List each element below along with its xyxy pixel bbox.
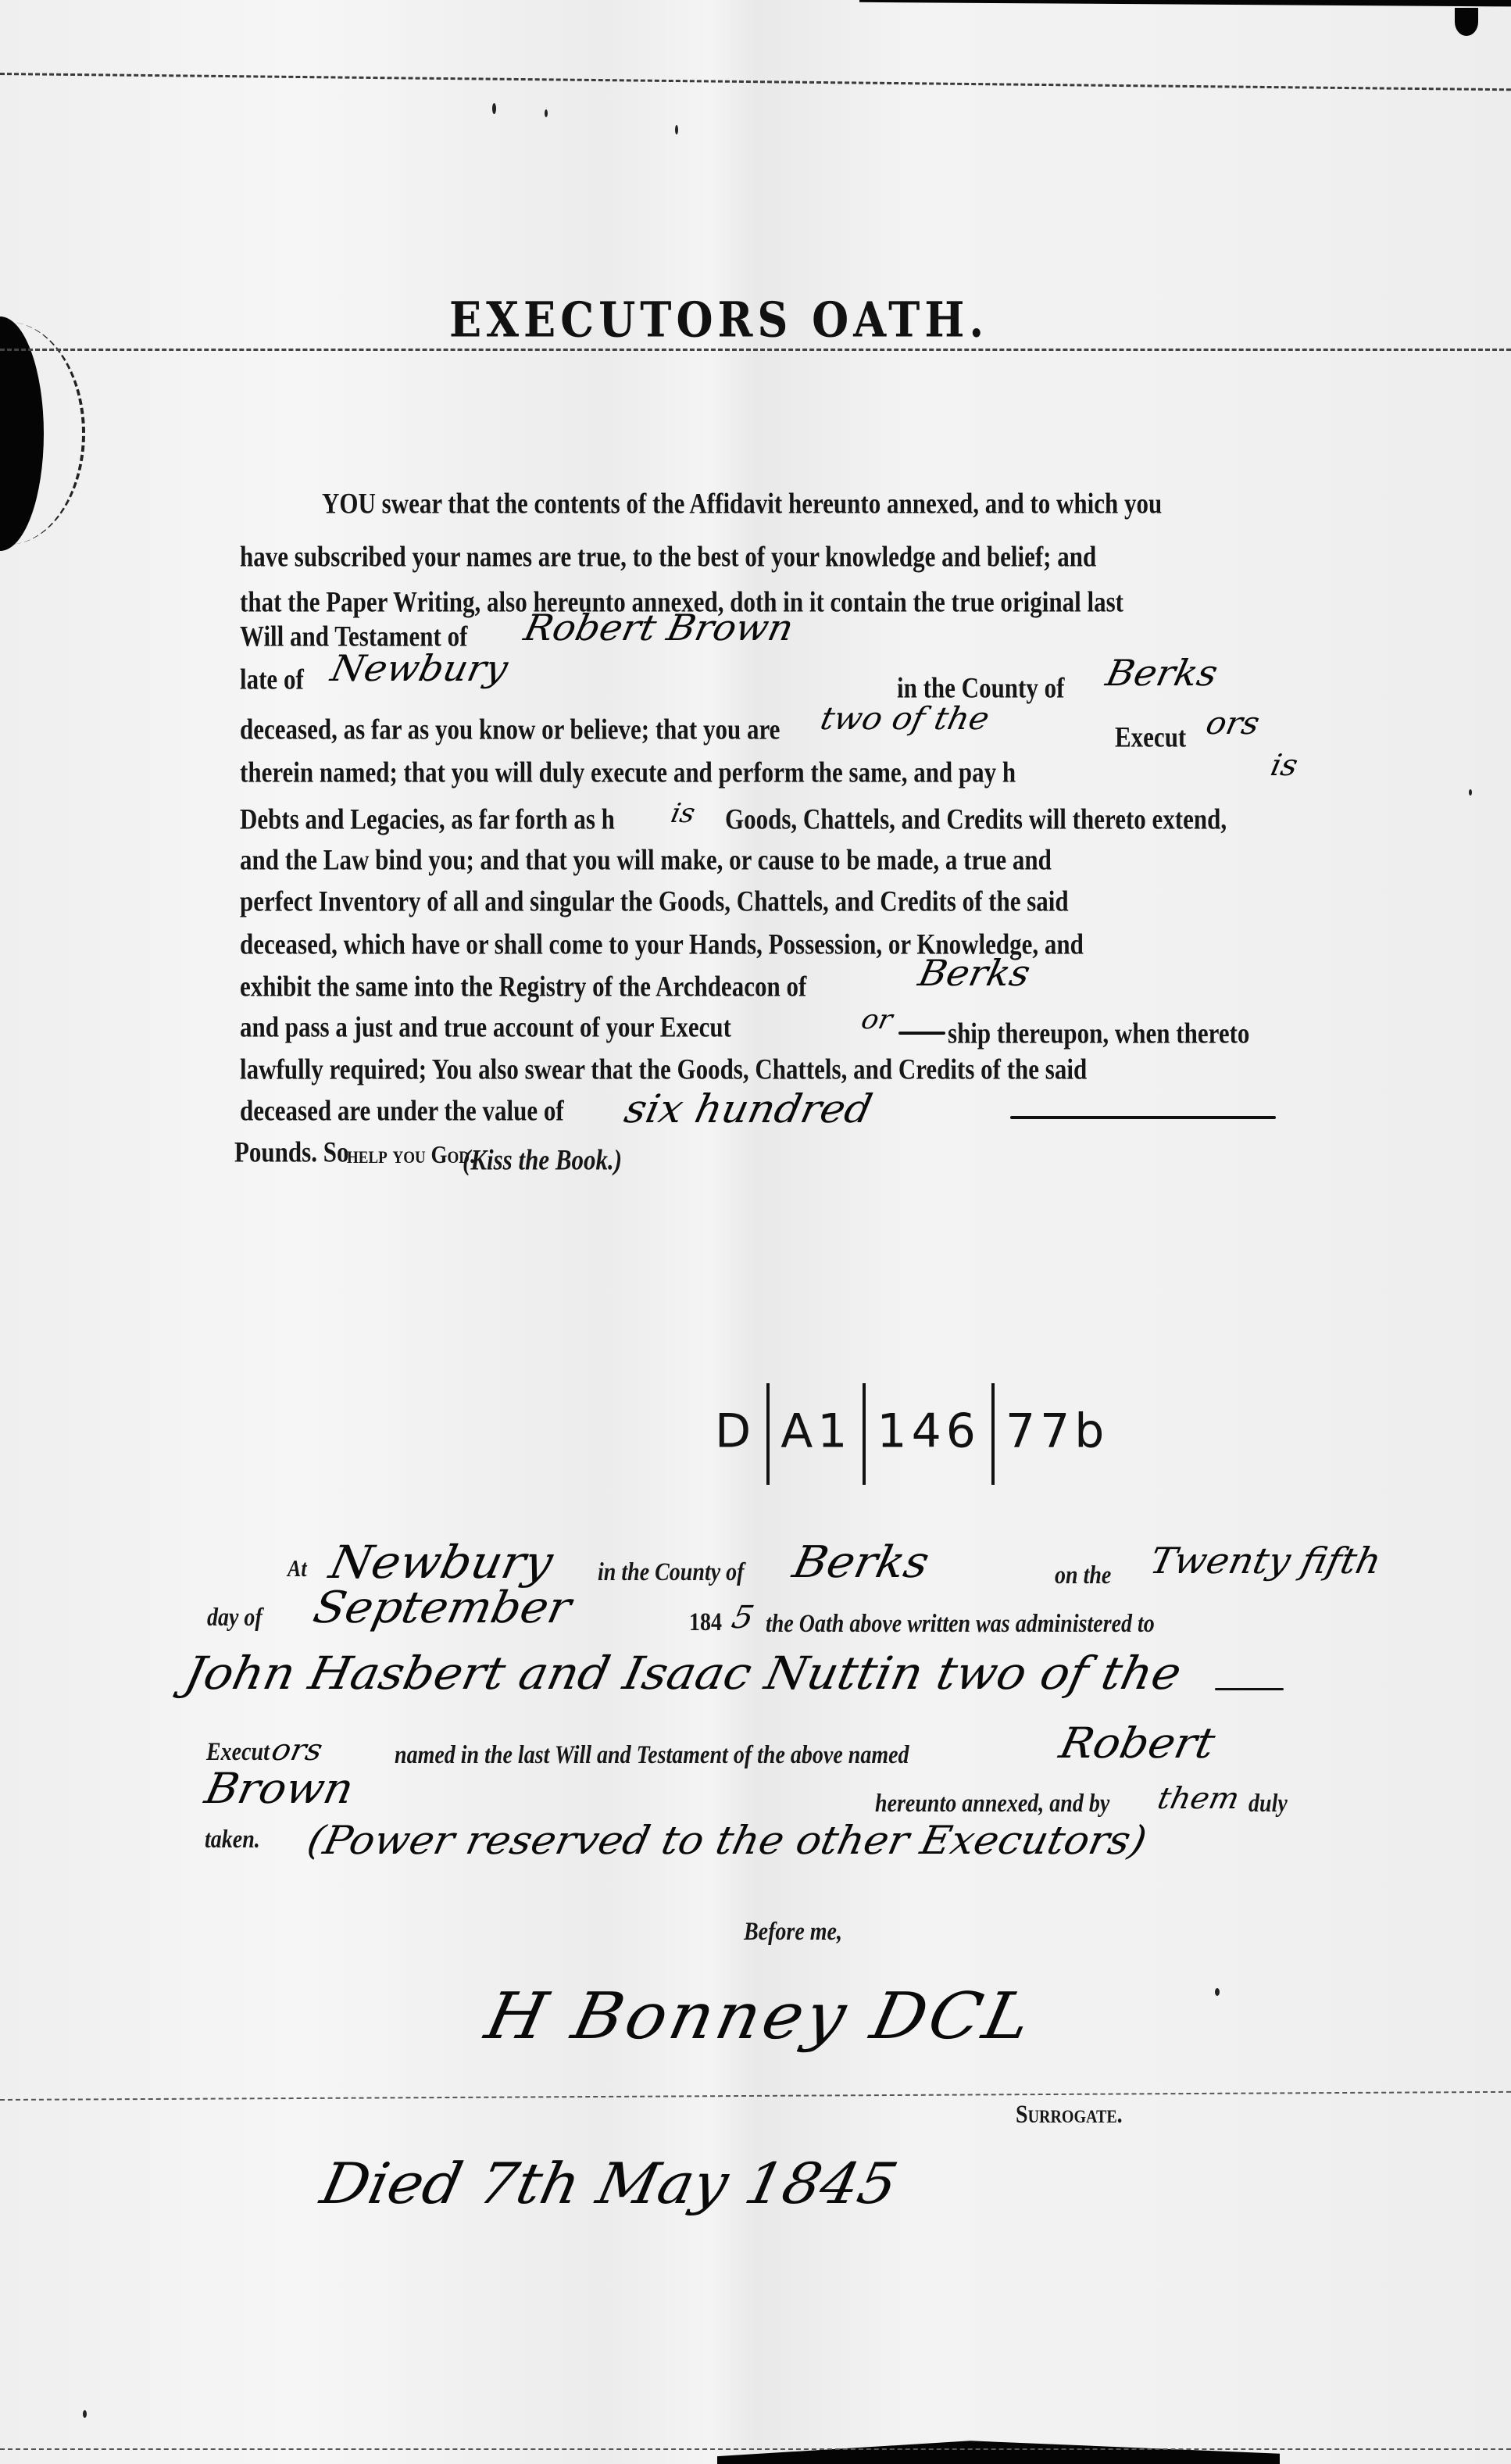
ink-speck [1469, 789, 1472, 796]
oath-line-10: Debts and Legacies, as far forth as h [240, 805, 615, 834]
jurat-at: At [288, 1557, 307, 1581]
jurat-hereunto: hereunto annexed, and by [875, 1791, 1109, 1817]
late-of-place: Newbury [328, 650, 511, 686]
document-title: EXECUTORS OATH. [449, 291, 988, 349]
fold-line-bottom [0, 2448, 1511, 2450]
ref-part-4: 77b [1006, 1404, 1109, 1459]
archdeacon-value: Berks [916, 955, 1034, 991]
oath-line-15: and pass a just and true account of your… [240, 1013, 731, 1042]
jurat-duly: duly [1248, 1791, 1288, 1817]
executorship-dash [898, 1032, 945, 1035]
jurat-day: Twenty fifth [1147, 1543, 1384, 1579]
jurat-month: September [309, 1586, 574, 1630]
jurat-on-the: on the [1055, 1563, 1111, 1589]
execut-suffix: ors [1203, 708, 1262, 739]
document-page: EXECUTORS OATH. YOU swear that the conte… [0, 0, 1511, 2464]
value-label: deceased are under the value of [240, 1096, 564, 1125]
ink-speck [83, 2410, 87, 2418]
jurat-administered: the Oath above written was administered … [766, 1611, 1155, 1637]
fold-line-top [0, 73, 1511, 91]
surrogate-signature: H Bonney DCL [480, 1985, 1039, 2049]
scan-edge-top [859, 0, 1511, 11]
oath-line-10b: Goods, Chattels, and Credits will theret… [725, 805, 1227, 834]
you-are-value: two of the [818, 703, 992, 735]
fold-line-lower [0, 2091, 1511, 2101]
value-filler-line [1010, 1116, 1276, 1119]
ref-separator [863, 1383, 866, 1485]
jurat-named-in: named in the last Will and Testament of … [395, 1743, 909, 1768]
jurat-executors: John Hasbert and Isaac Nuttin two of the [181, 1650, 1186, 1696]
jurat-testator-last: Brown [202, 1768, 357, 1810]
late-of-label: late of [240, 665, 304, 694]
oath-line-7: deceased, as far as you know or believe;… [240, 715, 780, 744]
jurat-place: Newbury [326, 1540, 557, 1585]
oath-line-2: have subscribed your names are true, to … [240, 542, 1096, 571]
ref-separator [991, 1383, 995, 1485]
jurat-execut: Execut [206, 1740, 270, 1765]
pay-his-suffix: is [1268, 750, 1300, 780]
ink-speck [545, 109, 548, 117]
power-reserved-note: (Power reserved to the other Executors) [304, 1821, 1150, 1860]
oath-kiss-the-book: (Kiss the Book.) [463, 1146, 622, 1175]
execut-label: Execut [1115, 723, 1186, 752]
oath-pounds: Pounds. So [234, 1138, 348, 1167]
county-label: in the County of [897, 674, 1064, 703]
archive-reference: DA114677b [715, 1383, 1109, 1485]
ref-separator [766, 1383, 770, 1485]
death-note: Died 7th May 1845 [316, 2155, 902, 2212]
ref-part-3: 146 [877, 1404, 981, 1459]
testator-name: Robert Brown [521, 610, 797, 646]
county-value: Berks [1103, 655, 1221, 691]
jurat-taken: taken. [205, 1827, 260, 1853]
ink-speck [492, 103, 496, 114]
jurat-county-label: in the County of [598, 1560, 744, 1586]
ref-part-1: D [715, 1404, 755, 1459]
jurat-year-digit: 5 [729, 1602, 756, 1633]
before-me-label: Before me, [744, 1919, 842, 1945]
jurat-testator-first: Robert [1056, 1722, 1219, 1765]
jurat-county-value: Berks [789, 1541, 933, 1585]
oath-line-14: exhibit the same into the Registry of th… [240, 972, 806, 1001]
jurat-year-prefix: 184 [689, 1610, 722, 1636]
paper-fold-curve [8, 322, 85, 545]
jurat-by-them: them [1156, 1783, 1242, 1813]
jurat-day-of: day of [207, 1605, 263, 1631]
ink-speck [1215, 1988, 1220, 1996]
scan-edge-bottom [717, 2438, 1280, 2464]
jurat-execut-suffix: ors [269, 1735, 325, 1765]
jurat-filler-line [1215, 1688, 1284, 1690]
title-rule [0, 349, 1511, 351]
oath-line-9: therein named; that you will duly execut… [240, 758, 1016, 787]
value-amount: six hundred [621, 1089, 875, 1128]
oath-line-15b: ship thereupon, when thereto [948, 1019, 1249, 1048]
oath-line-1: YOU swear that the contents of the Affid… [322, 489, 1162, 518]
executorship-suffix: or [859, 1007, 895, 1033]
scan-blot [1455, 8, 1478, 36]
as-his-suffix: is [669, 800, 698, 827]
oath-line-16: lawfully required; You also swear that t… [240, 1055, 1087, 1084]
oath-line-12: perfect Inventory of all and singular th… [240, 887, 1069, 916]
oath-help-you-god: help you God. [347, 1143, 475, 1168]
surrogate-label: Surrogate. [1016, 2102, 1123, 2128]
ref-part-2: A1 [781, 1404, 852, 1459]
oath-line-11: and the Law bind you; and that you will … [240, 846, 1052, 874]
ink-speck [675, 125, 678, 134]
